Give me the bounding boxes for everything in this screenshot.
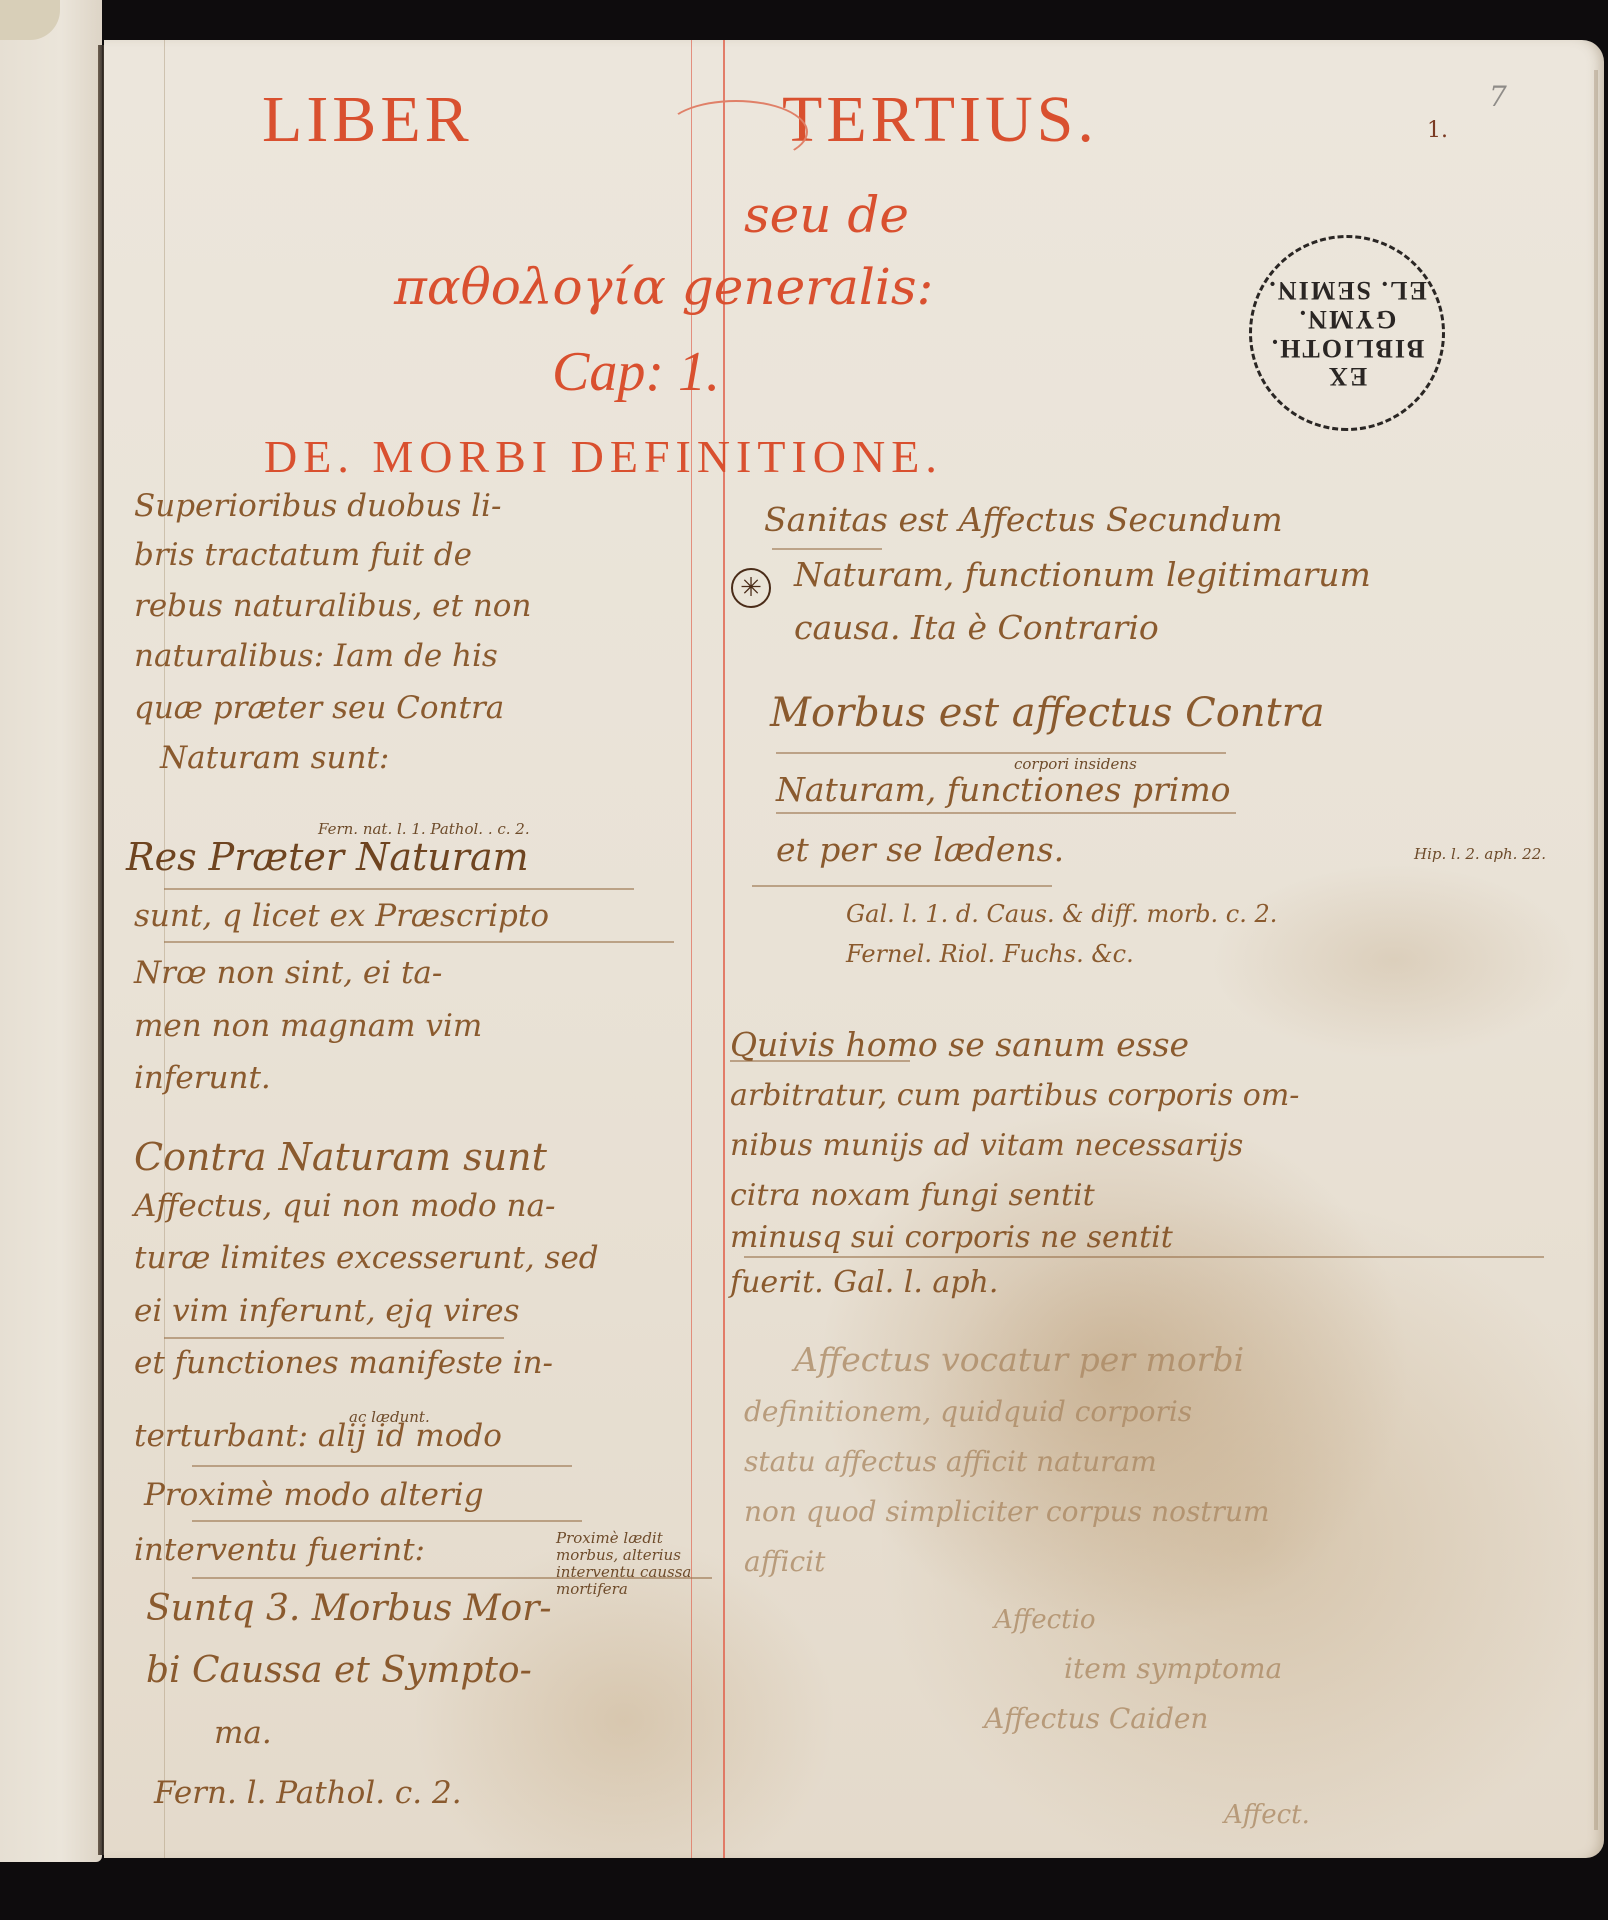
margin-note-line: Proximè lædit: [556, 1530, 691, 1547]
underline: [192, 1520, 582, 1522]
left-line: turæ limites excesserunt, sed: [134, 1240, 599, 1276]
faded-line: afficit: [744, 1545, 825, 1578]
underline: [192, 1465, 572, 1467]
pencil-mark: 7: [1489, 80, 1507, 113]
heading-flourish: [664, 100, 808, 164]
page-corner-fold: [0, 0, 60, 40]
faded-line: Affectus vocatur per morbi: [794, 1340, 1244, 1379]
right-line: minusq sui corporis ne sentit: [730, 1220, 1173, 1255]
right-line: Quivis homo se sanum esse: [730, 1025, 1189, 1064]
underline: [164, 1337, 504, 1339]
stamp-line-2: BIBLIOTH.: [1270, 333, 1425, 362]
heading-tertius: TERTIUS.: [782, 82, 1098, 158]
faded-line: item symptoma: [1064, 1652, 1282, 1685]
folio-number: 1.: [1427, 118, 1448, 143]
left-line: quæ præter seu Contra: [134, 690, 504, 726]
margin-note-line: morbus, alterius: [556, 1547, 691, 1564]
heading-seu-de: seu de: [744, 186, 909, 244]
stamp-line-1: EX: [1327, 362, 1367, 391]
asterisk-symbol-icon: ✳: [731, 568, 771, 608]
heading-chapter: Cap: 1.: [552, 340, 720, 404]
right-line: arbitratur, cum partibus corporis om-: [730, 1078, 1299, 1113]
left-line: Nrœ non sint, ei ta-: [134, 955, 442, 991]
right-line: Morbus est affectus Contra: [770, 690, 1325, 736]
library-stamp: EX BIBLIOTH. GYMN. EL. SEMIN.: [1249, 235, 1445, 431]
faded-line: statu affectus afficit naturam: [744, 1445, 1157, 1478]
right-line: nibus munijs ad vitam necessarijs: [730, 1128, 1243, 1163]
margin-note-line: mortifera: [556, 1581, 691, 1598]
left-line: inferunt.: [134, 1060, 271, 1096]
right-line: Naturam, functionum legitimarum: [794, 555, 1371, 594]
underline: [164, 888, 634, 890]
underline: [776, 752, 1226, 754]
galen-reference: Gal. l. 1. d. Caus. & diff. morb. c. 2.: [846, 900, 1277, 928]
left-line: interventu fuerint:: [134, 1532, 425, 1568]
faded-line: Affectus Caiden: [984, 1702, 1208, 1735]
hippocrates-reference: Hip. l. 2. aph. 22.: [1414, 845, 1546, 863]
left-line: Res Præter Naturam: [126, 835, 529, 879]
faded-line: Affect.: [1224, 1800, 1310, 1830]
margin-note-line: interventu caussa: [556, 1564, 691, 1581]
manuscript-page: LIBER TERTIUS. seu de παθολογία generali…: [104, 40, 1604, 1858]
underline: [772, 548, 882, 550]
left-line: Affectus, qui non modo na-: [134, 1188, 555, 1224]
left-line: sunt, q licet ex Præscripto: [134, 898, 549, 934]
underline: [164, 941, 674, 943]
stamp-line-4: EL. SEMIN.: [1267, 276, 1426, 305]
margin-note-proxime: Proximè lædit morbus, alterius intervent…: [556, 1530, 691, 1598]
ruled-margin-line: [164, 40, 165, 1858]
left-line: terturbant: alij id modo: [134, 1418, 502, 1454]
left-line: Suntq 3. Morbus Mor-: [146, 1588, 552, 1629]
right-line: citra noxam fungi sentit: [730, 1178, 1095, 1213]
left-line: naturalibus: Iam de his: [134, 638, 498, 674]
right-line: Naturam, functiones primo: [776, 770, 1231, 809]
left-line: ma.: [214, 1715, 272, 1751]
faded-line: definitionem, quidquid corporis: [744, 1395, 1192, 1428]
underline: [730, 1060, 910, 1062]
left-line: et functiones manifeste in-: [134, 1345, 553, 1381]
left-line: Proximè modo alterig: [144, 1477, 484, 1513]
left-line: Fern. l. Pathol. c. 2.: [154, 1775, 462, 1811]
faded-line: non quod simpliciter corpus nostrum: [744, 1495, 1270, 1528]
underline: [752, 885, 1052, 887]
fernel-reference: Fernel. Riol. Fuchs. &c.: [846, 940, 1134, 968]
left-line: bi Caussa et Sympto-: [146, 1650, 532, 1691]
faded-line: Affectio: [994, 1605, 1096, 1635]
right-line: fuerit. Gal. l. aph.: [730, 1265, 998, 1300]
left-line: Superioribus duobus li-: [134, 488, 501, 524]
right-line: et per se lædens.: [776, 830, 1064, 869]
previous-page-edge: [0, 0, 102, 1862]
stamp-line-3: GYMN.: [1298, 304, 1397, 333]
heading-pathologia: παθολογία generalis:: [394, 258, 933, 316]
underline: [776, 812, 1236, 814]
left-line: Naturam sunt:: [160, 740, 389, 776]
left-line: men non magnam vim: [134, 1008, 482, 1044]
underline: [744, 1256, 1544, 1258]
left-line: rebus naturalibus, et non: [134, 588, 531, 624]
right-line: causa. Ita è Contrario: [794, 608, 1159, 647]
heading-liber: LIBER: [262, 82, 473, 158]
left-line: bris tractatum fuit de: [134, 537, 472, 573]
right-line: Sanitas est Affectus Secundum: [764, 500, 1283, 539]
left-line: ei vim inferunt, ejq vires: [134, 1293, 520, 1329]
heading-de-morbi-definitione: DE. MORBI DEFINITIONE.: [264, 430, 943, 483]
left-line: Contra Naturam sunt: [134, 1135, 547, 1179]
page-fore-edge: [1594, 70, 1598, 1830]
